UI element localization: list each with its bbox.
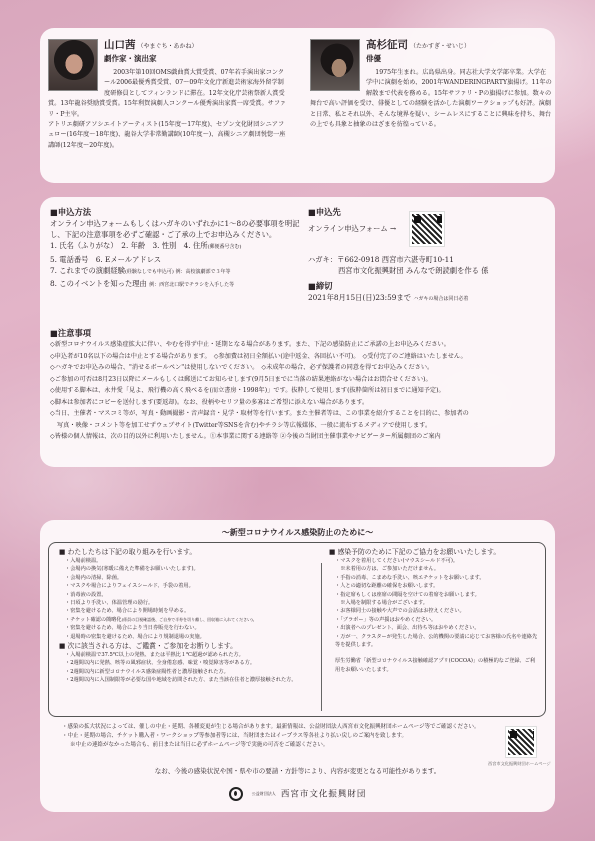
request-item: ・お客様同士の接触や大声での会話はお控えください。 xyxy=(329,607,539,615)
profile-takasugi: 高杉征司（たかすぎ・せいじ） 俳優 1975年生まれ。広島県出身。同志社大学文学… xyxy=(310,39,552,130)
measure-item: ・会場内の清掃、除菌。 xyxy=(59,574,319,582)
deadline-row: 2021年8月15日(日)23:59まで ハガキの場合は同日必着 xyxy=(308,292,548,305)
profile-bio-more: アトリエ劇研アソシエイトアーティスト(15年度〜17年度)、セゾン文化財団シニア… xyxy=(48,120,290,151)
online-form-row: オンライン申込フォーム → xyxy=(308,212,548,246)
footer-note: ※中止の連絡がなかった場合も、前日または当日に必ずホームページ等で実施の可否をご… xyxy=(62,741,482,750)
deadline-note: ハガキの場合は同日必着 xyxy=(413,296,468,302)
footer-note: ・中止・延期の場合、チケット購入者・ワークショップ等参加者等には、当財団またはイ… xyxy=(62,732,482,741)
cocoa-note: 厚生労働省「新型コロナウイルス接触確認アプリ(COCOA)」の積極的なご登録、ご… xyxy=(329,657,539,674)
homepage-qr-code[interactable] xyxy=(506,727,536,757)
measure-item: ・消毒液の設置。 xyxy=(59,591,319,599)
org-name: 西宮市文化振興財団 xyxy=(281,790,367,800)
refusal-item: ・2週間以内に発熱、咳等の風邪症状、全身倦怠感、味覚・嗅覚障害等がある方。 xyxy=(59,659,319,667)
refusal-item: ・2週間以内に入国制限等が必要な国や地域を訪問された方、また当該在住者と濃厚接触… xyxy=(59,676,319,684)
measure-item: ・密集を避けるため、場合により当日券販売を行わない。 xyxy=(59,624,319,632)
measure-item: ・日頃より手洗い、体温管理の励行。 xyxy=(59,599,319,607)
measure-item: ・退場時の密集を避けるため、場合により規制退場の実施。 xyxy=(59,633,319,641)
note-item: 写真・映像・コメント等を加工せずウェブサイト(Twitter等SNSを含む)やチ… xyxy=(50,420,550,432)
refusal-heading: 次に該当される方は、ご鑑賞・ご参加をお断りします。 xyxy=(59,641,319,651)
change-notice: なお、今後の感染状況や国・県や市の要請・方針等により、内容が変更となる可能性があ… xyxy=(40,766,555,775)
application-destination: 申込先 オンライン申込フォーム → ハガキ：〒662-0918 西宮市六湛寺町1… xyxy=(308,206,548,306)
covid-footer-notes: ・感染の拡大状況によっては、催しの中止・延期、各種変更が生じる場合があります。最… xyxy=(62,723,482,750)
audience-requests: 感染予防のために下記のご協力をお願いいたします。 ・マスクを着用してください(マ… xyxy=(329,547,539,674)
notes-heading: 注意事項 xyxy=(50,327,550,339)
organizer-measures: わたしたちは下記の取り組みを行います。 ・入場前検温。 ・会場内の換気(寒暖に備… xyxy=(59,547,319,685)
note-item: ◇当日、主催者・マスコミ等が、写真・動画撮影・音声録音・見学・取材等を行います。… xyxy=(50,408,550,420)
note-item: ◇脚本は参加者にコピーを送付します(要返却)。なお、役柄やセリフ量の多寡はご希望… xyxy=(50,397,550,409)
note-item: ◇申込者が10名以下の場合は中止とする場合があります。 ◇参加費は初日全額払い(… xyxy=(50,351,550,363)
footer-note: ・感染の拡大状況によっては、催しの中止・延期、各種変更が生じる場合があります。最… xyxy=(62,723,482,732)
note-item: ◇ご参加の可否は8月23日以降にメールもしくは郵送にてお知らせします(9月5日ま… xyxy=(50,374,550,386)
request-item: ・出演者へのプレゼント、面会、出待ち等はおやめください。 xyxy=(329,624,539,632)
profile-kana: （やまぐち・あかね） xyxy=(138,43,198,50)
notes-section: 注意事項 ◇新型コロナウイルス感染症拡大に伴い、やむを得ず中止・延期となる場合が… xyxy=(50,327,550,443)
covid-title: 〜新型コロナウイルス感染防止のために〜 xyxy=(40,527,555,538)
profile-yamaguchi: 山口茜（やまぐち・あかね） 劇作家・演出家 2003年第10回OMS戯曲賞大賞受… xyxy=(48,39,290,151)
request-item: ・指定席もしくは座席の間隔を空けての着席をお願いします。 xyxy=(329,591,539,599)
postcard-address: ハガキ：〒662-0918 西宮市六湛寺町10-11 xyxy=(308,254,548,265)
portrait-photo xyxy=(310,39,360,91)
method-intro: オンライン申込フォームもしくはハガキのいずれかに1〜8の必要事項を明記し、下記の… xyxy=(50,218,305,240)
deadline-date: 2021年8月15日(日)23:59まで xyxy=(308,293,411,302)
requests-heading: 感染予防のために下記のご協力をお願いいたします。 xyxy=(329,547,539,557)
request-item: ・万が一、クラスターが発生した場合、公的機関の要請に応じてお客様の氏名や連絡先等… xyxy=(329,633,539,650)
required-fields-4: 8. このイベントを知った理由 例：西宮北口駅でチラシを入手した等 xyxy=(50,278,305,291)
profiles-card: 山口茜（やまぐち・あかね） 劇作家・演出家 2003年第10回OMS戯曲賞大賞受… xyxy=(40,28,555,183)
portrait-photo xyxy=(48,39,98,91)
note-item: ◇皆様の個人情報は、次の目的以外に利用いたしません。①本事業に関する連絡等 ②今… xyxy=(50,431,550,443)
profile-kana: （たかすぎ・せいじ） xyxy=(410,43,470,50)
measure-item: ・チケット確認の簡略化(係員の目視確認後、ご自身で半券を切り離し、回収箱に入れて… xyxy=(59,616,319,624)
request-item: ※入場を制限する場合がございます。 xyxy=(329,599,539,607)
measure-item: ・会場内の換気(寒暖に備えた準備をお願いいたします)。 xyxy=(59,565,319,573)
deadline-heading: 締切 xyxy=(308,280,548,292)
measure-item: ・マスクや場合によりフェイスシールド、手袋の着用。 xyxy=(59,582,319,590)
note-item: ◇使用する脚本は、永井愛「見よ、飛行機の高く飛べるを(而立書房・1998年)」で… xyxy=(50,385,550,397)
refusal-item: ・2週間以内に新型コロナウイルス感染症陽性者と濃厚接触された方。 xyxy=(59,668,319,676)
required-fields-2: 5. 電話番号 6. Eメールアドレス xyxy=(50,254,305,265)
application-qr-code[interactable] xyxy=(410,212,444,246)
request-item: ・マスクを着用してください(マウスシールド不可)。 xyxy=(329,557,539,565)
org-kind: 公益財団法人 xyxy=(252,791,276,796)
request-item: ・「ブラボー」等の声援はおやめください。 xyxy=(329,616,539,624)
application-card: 申込方法 オンライン申込フォームもしくはハガキのいずれかに1〜8の必要事項を明記… xyxy=(40,197,555,467)
covid-prevention-card: 〜新型コロナウイルス感染防止のために〜 わたしたちは下記の取り組みを行います。 … xyxy=(40,520,555,812)
request-item: ・人との適切な距離の確保をお願いします。 xyxy=(329,582,539,590)
required-fields-1: 1. 氏名（ふりがな） 2. 年齢 3. 性別 4. 住所(郵便番号含む) xyxy=(50,240,305,253)
application-method: 申込方法 オンライン申込フォームもしくはハガキのいずれかに1〜8の必要事項を明記… xyxy=(50,206,305,291)
measure-item: ・入場前検温。 xyxy=(59,557,319,565)
foundation-logo-icon xyxy=(229,787,243,801)
column-divider xyxy=(321,563,322,711)
organizer-heading: わたしたちは下記の取り組みを行います。 xyxy=(59,547,319,557)
request-item: ※未着用の方は、ご参加いただけません。 xyxy=(329,565,539,573)
measure-item: ・密集を避けるため、場合により開場時刻を早める。 xyxy=(59,607,319,615)
covid-measures-box: わたしたちは下記の取り組みを行います。 ・入場前検温。 ・会場内の換気(寒暖に備… xyxy=(48,542,546,717)
note-item: ◇ハガキでお申込みの場合、"消せるボールペン"は使用しないでください。 ◇未成年… xyxy=(50,362,550,374)
request-item: ・手指の消毒、こまめな手洗い、咳エチケットをお願いします。 xyxy=(329,574,539,582)
online-form-label: オンライン申込フォーム → xyxy=(308,224,396,233)
note-item: ◇新型コロナウイルス感染症拡大に伴い、やむを得ず中止・延期となる場合があります。… xyxy=(50,339,550,351)
required-fields-3: 7. これまでの演劇経験(経験なしでも申込可) 例：高校演劇部で３年等 xyxy=(50,265,305,278)
postcard-recipient: 西宮市文化振興財団 みんなで朗読劇を作る 係 xyxy=(308,265,548,276)
method-heading: 申込方法 xyxy=(50,206,305,218)
refusal-item: ・入場前検温で37.5℃以上の発熱、または平熱比１℃超過が認められた方。 xyxy=(59,651,319,659)
organization: 公益財団法人 西宮市文化振興財団 xyxy=(40,783,555,802)
